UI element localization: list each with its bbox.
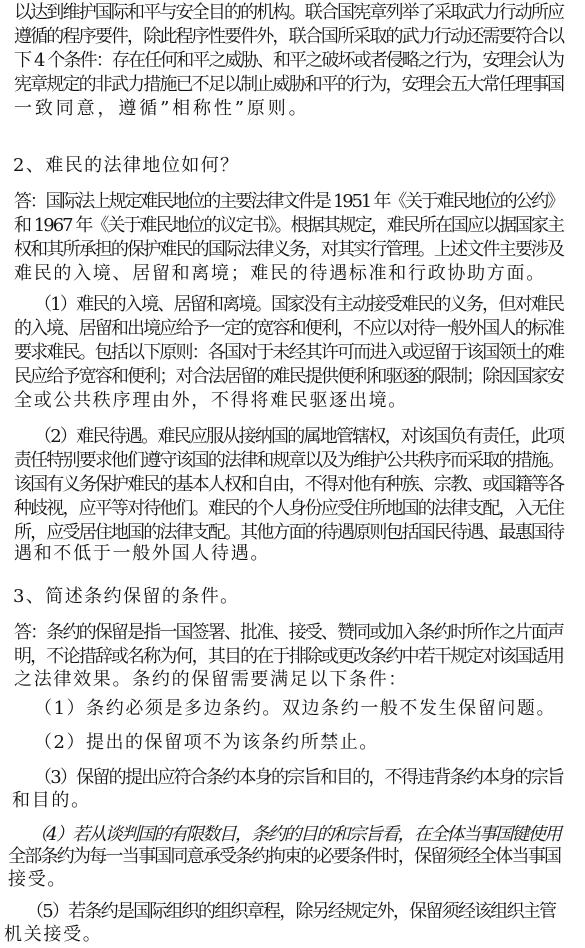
text-line: （5）若条约是国际组织的组织章程，除另经规定外，保留须经该组织主管 (26, 901, 555, 923)
text-line: （3）保留的提出应符合条约本身的宗旨和目的，不得违背条约本身的宗旨 (34, 767, 563, 789)
question-3-heading: 3、简述条约保留的条件。 (13, 586, 240, 608)
text-line: 权和其所承担的保护难民的国际法律义务，对其实行管理。上述文件主要涉及 (14, 239, 563, 261)
condition-1: （1）条约必须是多边条约。双边条约一般不发生保留问题。 (34, 698, 556, 720)
text-line: （4）若从谈判国的有限数目，条约的目的和宗旨看，在全体当事国键使用 (30, 824, 560, 846)
text-line: 责任特别要求他们遵守该国的法律和规章以及为维护公共秩序而采取的措施。 (14, 450, 563, 472)
text-line: 之法律效果。条约的保留需要满足以下条件： (14, 669, 408, 691)
text-line: 的入境、居留和出境应给予一定的宽容和便利，不应以对待一般外国人的标准 (14, 318, 563, 340)
text-line: 明，不论措辞或名称为何，其目的在于排除或更改条约中若干规定对该国适用 (14, 646, 563, 668)
question-2-heading: 2、难民的法律地位如何？ (13, 155, 240, 177)
text-line: 遇和不低于一般外国人待遇。 (14, 543, 270, 565)
text-line: 答：条约的保留是指一国签署、批准、接受、赞同或加入条约时所作之片面声 (14, 622, 563, 644)
text-line: 要求难民。包括以下原则：各国对于未经其许可而进入或逗留于该国领土的难 (14, 342, 563, 364)
text-line: 该国有义务保护难民的基本人权和自由，不得对他有种族、宗教、或国籍等各 (14, 474, 563, 496)
text-line: 和目的。 (12, 790, 91, 812)
text-line: 种歧视，应平等对待他们。难民的个人身份应受住所地国的法律支配，入无住 (14, 498, 563, 520)
text-line: 下 4 个条件：存在任何和平之威胁、和平之破坏或者侵略之行为，安理会认为 (14, 50, 563, 72)
text-line: 遵循的程序要件，除此程序性要件外，联合国所采取的武力行动还需要符合以 (14, 26, 563, 48)
text-line: 全或公共秩序理由外，不得将难民驱逐出境。 (14, 390, 408, 412)
text-line: 和 1967 年《关于难民地位的议定书》。根据其规定，难民所在国应以据国家主 (14, 215, 563, 237)
text-line: 一致同意，遵循”相称性”原则。 (14, 98, 310, 120)
text-line: 民应给予宽容和便利；对合法居留的难民提供便利和驱逐的限制；除因国家安 (14, 366, 563, 388)
text-line: 答：国际法上规定难民地位的主要法律文件是 1951 年《关于难民地位的公约》 (14, 191, 563, 213)
text-line: 以达到维护国际和平与安全目的的机构。联合国宪章列举了采取武力行动所应 (14, 2, 563, 24)
condition-2: （2）提出的保留项不为该条约所禁止。 (34, 732, 379, 754)
text-line: 所，应受居住地国的法律支配。其他方面的待遇原则包括国民待遇、最惠国待 (14, 522, 563, 544)
text-line: 难民的入境、居留和离境；难民的待遇标准和行政协助方面。 (14, 263, 546, 285)
text-line: 接受。 (8, 869, 67, 891)
text-line: 机关接受。 (4, 924, 103, 946)
text-line: （1）难民的入境、居留和离境。国家没有主动接受难民的义务，但对难民 (34, 294, 563, 316)
text-line: 宪章规定的非武力措施已不足以制止威胁和平的行为，安理会五大常任理事国 (14, 74, 563, 96)
text-line: 全部条约为每一当事国同意承受条约拘束的必要条件时，保留须经全体当事国 (8, 846, 560, 868)
text-line: （2）难民待遇。难民应服从接纳国的属地管辖权，对该国负有责任，此项 (34, 426, 563, 448)
